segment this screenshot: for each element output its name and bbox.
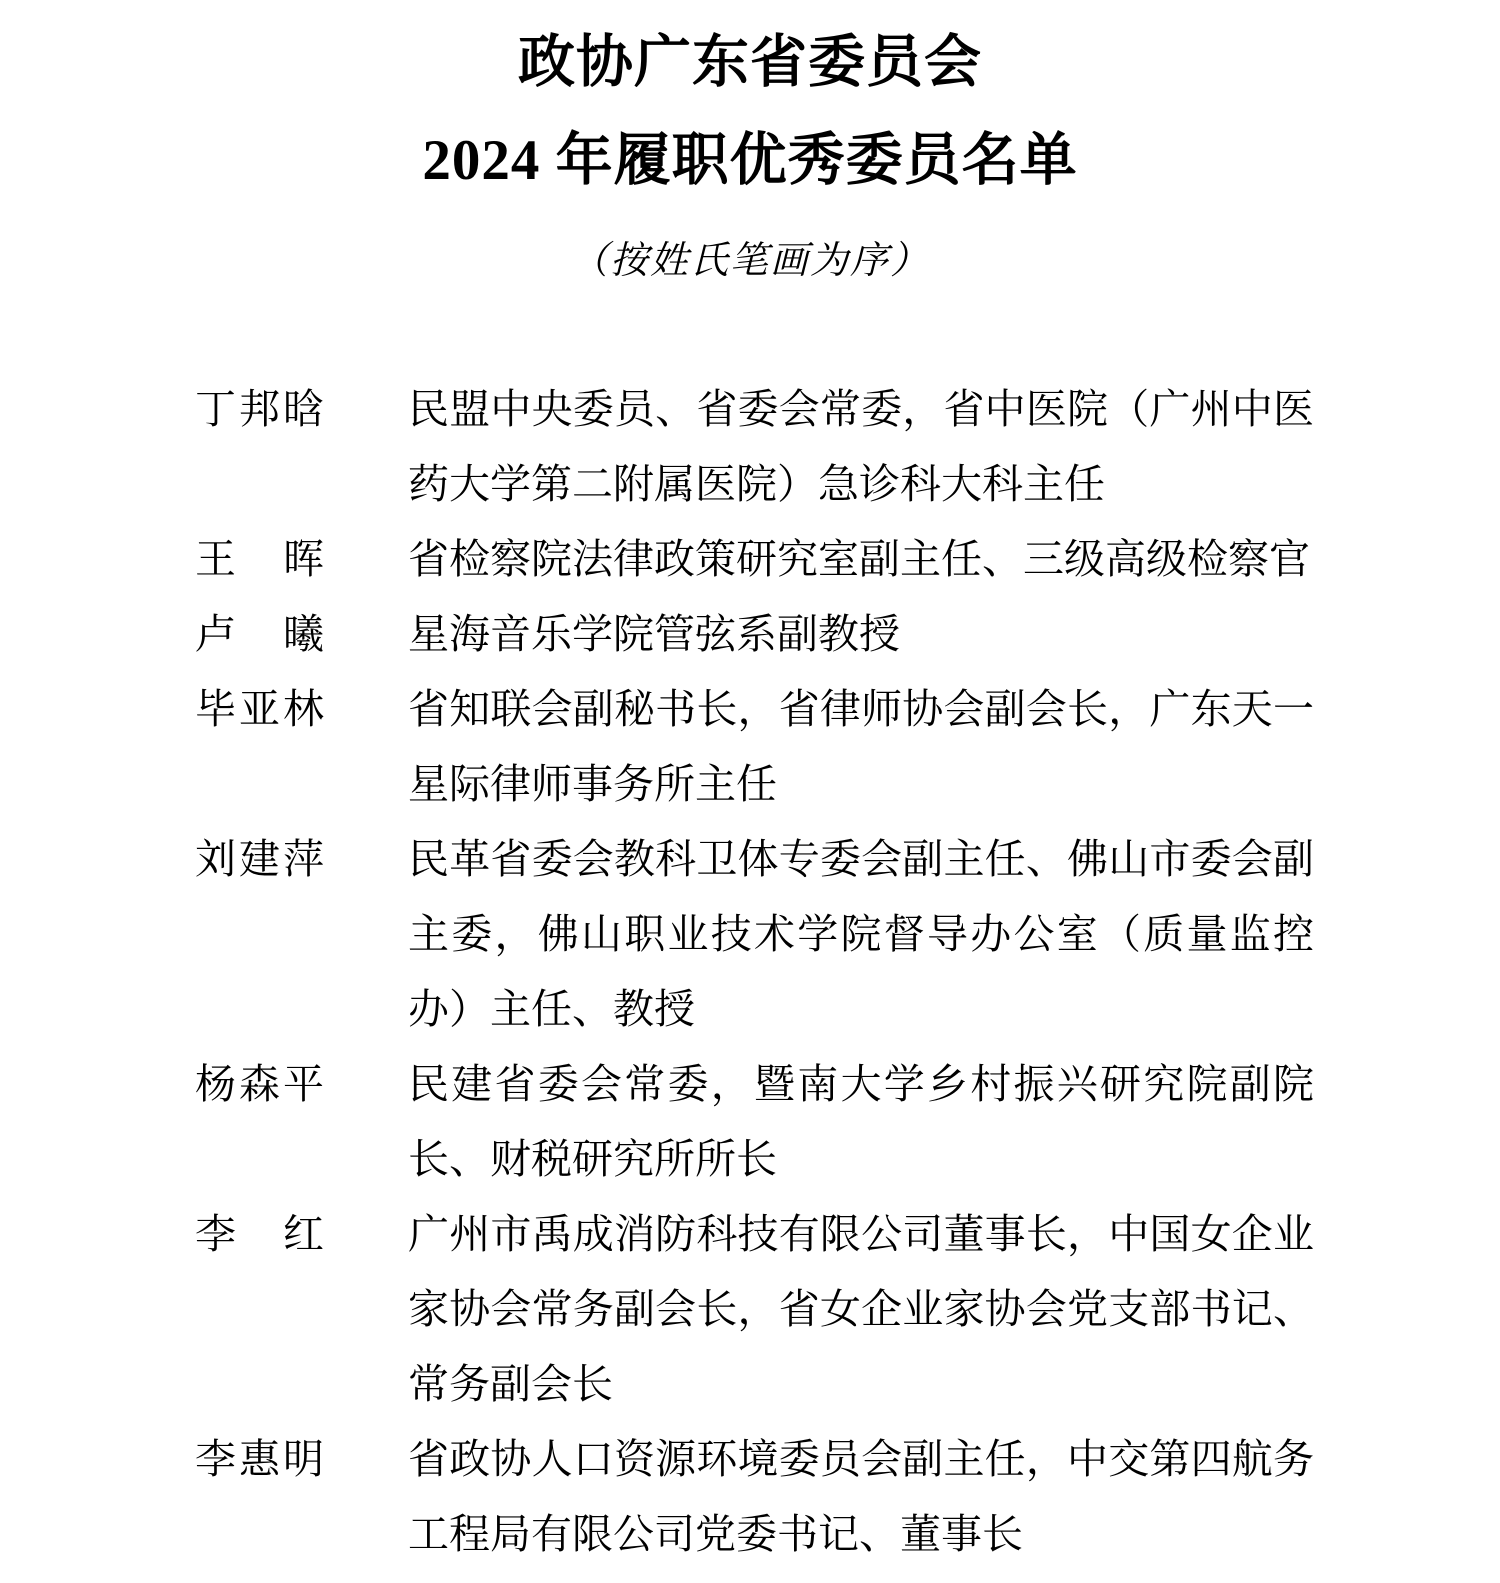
- member-name: 刘建萍: [195, 822, 324, 897]
- document-subtitle: （按姓氏笔画为序）: [0, 236, 1500, 286]
- member-name: 卢曦: [195, 597, 324, 672]
- member-name: 李惠明: [195, 1422, 324, 1497]
- member-description: 省检察院法律政策研究室副主任、三级高级检察官: [408, 522, 1314, 597]
- document-title-line2: 2024 年履职优秀委员名单: [0, 124, 1500, 198]
- member-description: 民盟中央委员、省委会常委，省中医院（广州中医药大学第二附属医院）急诊科大科主任: [408, 372, 1314, 522]
- document-title-line1: 政协广东省委员会: [0, 26, 1500, 100]
- member-description: 民建省委会常委，暨南大学乡村振兴研究院副院长、财税研究所所长: [408, 1047, 1314, 1197]
- member-name: 丁邦晗: [195, 372, 324, 447]
- member-row: 毕亚林 省知联会副秘书长，省律师协会副会长，广东天一星际律师事务所主任: [195, 672, 1500, 822]
- member-name: 杨森平: [195, 1047, 324, 1122]
- member-row: 刘建萍 民革省委会教科卫体专委会副主任、佛山市委会副主委，佛山职业技术学院督导办…: [195, 822, 1500, 1047]
- member-list: 丁邦晗 民盟中央委员、省委会常委，省中医院（广州中医药大学第二附属医院）急诊科大…: [195, 372, 1500, 1572]
- member-row: 杨森平 民建省委会常委，暨南大学乡村振兴研究院副院长、财税研究所所长: [195, 1047, 1500, 1197]
- member-row: 王晖 省检察院法律政策研究室副主任、三级高级检察官: [195, 522, 1500, 597]
- member-row: 李惠明 省政协人口资源环境委员会副主任，中交第四航务工程局有限公司党委书记、董事…: [195, 1422, 1500, 1572]
- document-header: 政协广东省委员会 2024 年履职优秀委员名单 （按姓氏笔画为序）: [0, 26, 1500, 286]
- member-name: 李红: [195, 1197, 324, 1272]
- member-description: 省知联会副秘书长，省律师协会副会长，广东天一星际律师事务所主任: [408, 672, 1314, 822]
- member-description: 民革省委会教科卫体专委会副主任、佛山市委会副主委，佛山职业技术学院督导办公室（质…: [408, 822, 1314, 1047]
- member-name: 王晖: [195, 522, 324, 597]
- member-row: 卢曦 星海音乐学院管弦系副教授: [195, 597, 1500, 672]
- member-description: 广州市禹成消防科技有限公司董事长，中国女企业家协会常务副会长，省女企业家协会党支…: [408, 1197, 1314, 1422]
- member-row: 丁邦晗 民盟中央委员、省委会常委，省中医院（广州中医药大学第二附属医院）急诊科大…: [195, 372, 1500, 522]
- document-page: 政协广东省委员会 2024 年履职优秀委员名单 （按姓氏笔画为序） 丁邦晗 民盟…: [0, 0, 1500, 1583]
- member-name: 毕亚林: [195, 672, 324, 747]
- member-row: 李红 广州市禹成消防科技有限公司董事长，中国女企业家协会常务副会长，省女企业家协…: [195, 1197, 1500, 1422]
- member-description: 星海音乐学院管弦系副教授: [408, 597, 1314, 672]
- member-description: 省政协人口资源环境委员会副主任，中交第四航务工程局有限公司党委书记、董事长: [408, 1422, 1314, 1572]
